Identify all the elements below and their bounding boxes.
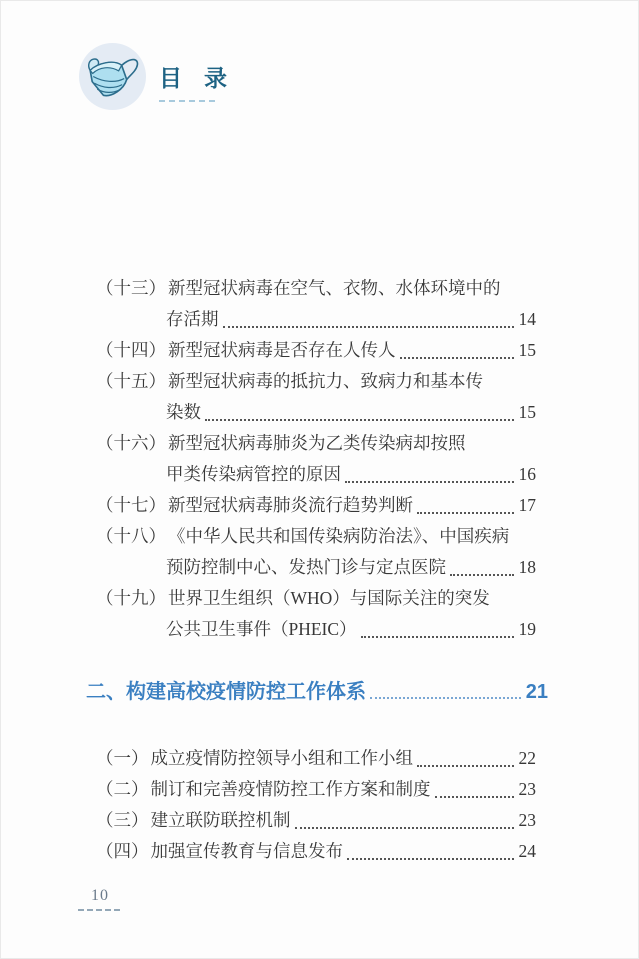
dot-leader xyxy=(446,552,518,583)
entry-page-number: 24 xyxy=(519,836,537,867)
entry-page-number: 16 xyxy=(519,459,537,490)
entry-page-number: 23 xyxy=(519,805,537,836)
dot-leader xyxy=(291,805,518,836)
dot-leader xyxy=(431,774,518,805)
toc-entry: （十八） 《中华人民共和国传染病防治法》、中国疾病 预防控制中心、发热门诊与定点… xyxy=(86,521,536,583)
dot-leader xyxy=(343,836,518,867)
entry-title: 成立疫情防控领导小组和工作小组 xyxy=(151,743,414,774)
entry-title-continued: 预防控制中心、发热门诊与定点医院 xyxy=(166,552,446,583)
entry-number: （十七） xyxy=(96,490,166,521)
toc-entry: （三） 建立联防联控机制 23 xyxy=(86,805,536,836)
entry-number: （三） xyxy=(96,805,149,836)
toc-entry: （一） 成立疫情防控领导小组和工作小组 22 xyxy=(86,743,536,774)
dot-leader xyxy=(201,397,518,428)
entry-number: （十八） xyxy=(96,521,166,552)
entry-page-number: 17 xyxy=(519,490,537,521)
toc-entry: （十六） 新型冠状病毒肺炎为乙类传染病却按照 甲类传染病管控的原因 16 xyxy=(86,428,536,490)
entry-page-number: 23 xyxy=(519,774,537,805)
dot-leader xyxy=(357,614,518,645)
folio-underline-dashes xyxy=(78,909,120,911)
entry-number: （十九） xyxy=(96,583,166,614)
dot-leader xyxy=(413,743,518,774)
entry-title-continued: 公共卫生事件（PHEIC） xyxy=(166,614,357,645)
entry-title: 建立联防联控机制 xyxy=(151,805,291,836)
chapter-heading-title: 二、构建高校疫情防控工作体系 xyxy=(86,676,366,708)
face-mask-icon xyxy=(79,43,146,110)
entry-number: （十三） xyxy=(96,273,166,304)
entry-title: 新型冠状病毒的抵抗力、致病力和基本传 xyxy=(168,366,483,397)
entry-number: （二） xyxy=(96,774,149,805)
toc-entry: （十三） 新型冠状病毒在空气、衣物、水体环境中的 存活期 14 xyxy=(86,273,536,335)
entry-title-continued: 染数 xyxy=(166,397,201,428)
toc-entry: （十七） 新型冠状病毒肺炎流行趋势判断 17 xyxy=(86,490,536,521)
entry-page-number: 22 xyxy=(519,743,537,774)
entry-page-number: 14 xyxy=(519,304,537,335)
entry-title: 加强宣传教育与信息发布 xyxy=(151,836,344,867)
entry-title: 新型冠状病毒肺炎流行趋势判断 xyxy=(168,490,413,521)
entry-title-continued: 甲类传染病管控的原因 xyxy=(166,459,341,490)
dot-leader xyxy=(413,490,518,521)
entry-number: （四） xyxy=(96,836,149,867)
entry-title: 新型冠状病毒在空气、衣物、水体环境中的 xyxy=(168,273,501,304)
toc-entry: （二） 制订和完善疫情防控工作方案和制度 23 xyxy=(86,774,536,805)
entry-page-number: 18 xyxy=(519,552,537,583)
chapter-heading: 二、构建高校疫情防控工作体系 21 xyxy=(86,676,548,708)
entry-title-continued: 存活期 xyxy=(166,304,219,335)
entry-page-number: 19 xyxy=(519,614,537,645)
title-underline-dashes xyxy=(159,100,215,102)
page-header: 目录 xyxy=(79,43,249,110)
page-footer: 10 xyxy=(78,887,122,911)
folio-page-number: 10 xyxy=(78,887,122,905)
chapter-page-number: 21 xyxy=(526,676,548,708)
entry-number: （十四） xyxy=(96,335,166,366)
entry-title: 新型冠状病毒肺炎为乙类传染病却按照 xyxy=(168,428,466,459)
page-title: 目录 xyxy=(159,60,249,93)
entry-number: （一） xyxy=(96,743,149,774)
entry-title: 新型冠状病毒是否存在人传人 xyxy=(168,335,396,366)
dot-leader xyxy=(366,676,525,708)
toc-entry: （四） 加强宣传教育与信息发布 24 xyxy=(86,836,536,867)
toc-entry: （十五） 新型冠状病毒的抵抗力、致病力和基本传 染数 15 xyxy=(86,366,536,428)
toc-content: （十三） 新型冠状病毒在空气、衣物、水体环境中的 存活期 14 （十四） 新型冠… xyxy=(1,273,639,867)
toc-entry: （十九） 世界卫生组织（WHO）与国际关注的突发 公共卫生事件（PHEIC） 1… xyxy=(86,583,536,645)
entry-number: （十五） xyxy=(96,366,166,397)
entry-title: 《中华人民共和国传染病防治法》、中国疾病 xyxy=(168,521,509,552)
entry-number: （十六） xyxy=(96,428,166,459)
toc-entry: （十四） 新型冠状病毒是否存在人传人 15 xyxy=(86,335,536,366)
header-text: 目录 xyxy=(159,60,249,102)
dot-leader xyxy=(396,335,518,366)
entry-title: 世界卫生组织（WHO）与国际关注的突发 xyxy=(168,583,490,614)
toc-page: { "header": { "title": "目录" }, "toc": { … xyxy=(0,0,639,959)
entry-page-number: 15 xyxy=(519,397,537,428)
entry-page-number: 15 xyxy=(519,335,537,366)
entry-title: 制订和完善疫情防控工作方案和制度 xyxy=(151,774,431,805)
dot-leader xyxy=(341,459,518,490)
dot-leader xyxy=(219,304,518,335)
